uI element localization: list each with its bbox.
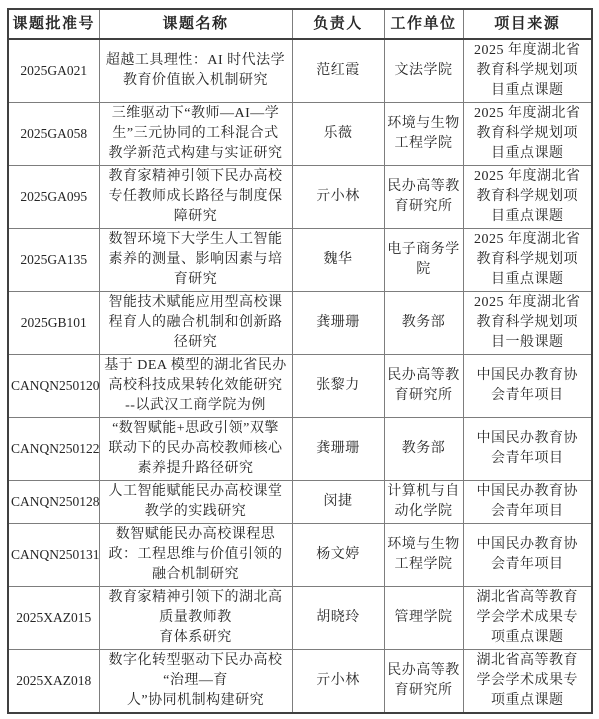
cell-leader: 张黎力	[292, 355, 384, 418]
cell-code: 2025XAZ018	[8, 650, 99, 714]
cell-code: 2025XAZ015	[8, 587, 99, 650]
cell-source: 湖北省高等教育 学会学术成果专 项重点课题	[463, 650, 592, 714]
projects-table: 课题批准号 课题名称 负责人 工作单位 项目来源 2025GA021超越工具理性…	[7, 8, 593, 714]
cell-source: 2025 年度湖北省 教育科学规划项 目重点课题	[463, 229, 592, 292]
cell-source: 湖北省高等教育 学会学术成果专 项重点课题	[463, 587, 592, 650]
cell-title: 教育家精神引领下的湖北高 质量教师教 育体系研究	[99, 587, 292, 650]
table-row: CANQN250120基于 DEA 模型的湖北省民办 高校科技成果转化效能研究 …	[8, 355, 592, 418]
table-row: 2025GA135数智环境下大学生人工智能 素养的测量、影响因素与培 育研究魏华…	[8, 229, 592, 292]
cell-code: CANQN250122	[8, 418, 99, 481]
cell-leader: 亓小林	[292, 166, 384, 229]
cell-source: 中国民办教育协 会青年项目	[463, 355, 592, 418]
document-page: 课题批准号 课题名称 负责人 工作单位 项目来源 2025GA021超越工具理性…	[0, 0, 599, 719]
cell-code: 2025GA135	[8, 229, 99, 292]
cell-leader: 闵捷	[292, 481, 384, 524]
table-body: 2025GA021超越工具理性：AI 时代法学 教育价值嵌入机制研究范红霞文法学…	[8, 39, 592, 713]
cell-unit: 民办高等教 育研究所	[384, 650, 463, 714]
table-row: 2025XAZ018数字化转型驱动下民办高校 “治理—育 人”协同机制构建研究亓…	[8, 650, 592, 714]
column-header-leader: 负责人	[292, 9, 384, 39]
table-header: 课题批准号 课题名称 负责人 工作单位 项目来源	[8, 9, 592, 39]
cell-leader: 范红霞	[292, 39, 384, 103]
table-row: 2025XAZ015教育家精神引领下的湖北高 质量教师教 育体系研究胡晓玲管理学…	[8, 587, 592, 650]
cell-leader: 乐薇	[292, 103, 384, 166]
cell-unit: 教务部	[384, 292, 463, 355]
cell-code: 2025GA095	[8, 166, 99, 229]
cell-code: 2025GA021	[8, 39, 99, 103]
cell-source: 中国民办教育协 会青年项目	[463, 418, 592, 481]
cell-source: 中国民办教育协 会青年项目	[463, 524, 592, 587]
cell-unit: 民办高等教 育研究所	[384, 355, 463, 418]
cell-code: 2025GB101	[8, 292, 99, 355]
cell-code: 2025GA058	[8, 103, 99, 166]
column-header-project-title: 课题名称	[99, 9, 292, 39]
cell-title: “数智赋能+思政引领”双擎 联动下的民办高校教师核心 素养提升路径研究	[99, 418, 292, 481]
cell-leader: 杨文婷	[292, 524, 384, 587]
table-row: 2025GA021超越工具理性：AI 时代法学 教育价值嵌入机制研究范红霞文法学…	[8, 39, 592, 103]
cell-unit: 民办高等教 育研究所	[384, 166, 463, 229]
cell-source: 中国民办教育协 会青年项目	[463, 481, 592, 524]
column-header-work-unit: 工作单位	[384, 9, 463, 39]
cell-source: 2025 年度湖北省 教育科学规划项 目重点课题	[463, 166, 592, 229]
table-row: CANQN250131数智赋能民办高校课程思 政：工程思维与价值引领的 融合机制…	[8, 524, 592, 587]
cell-source: 2025 年度湖北省 教育科学规划项 目一般课题	[463, 292, 592, 355]
cell-title: 基于 DEA 模型的湖北省民办 高校科技成果转化效能研究 --以武汉工商学院为例	[99, 355, 292, 418]
cell-code: CANQN250128	[8, 481, 99, 524]
cell-title: 人工智能赋能民办高校课堂 教学的实践研究	[99, 481, 292, 524]
cell-source: 2025 年度湖北省 教育科学规划项 目重点课题	[463, 103, 592, 166]
cell-unit: 环境与生物 工程学院	[384, 524, 463, 587]
table-row: 2025GA058三维驱动下“教师—AI—学 生”三元协同的工科混合式 教学新范…	[8, 103, 592, 166]
cell-code: CANQN250131	[8, 524, 99, 587]
cell-unit: 管理学院	[384, 587, 463, 650]
cell-unit: 文法学院	[384, 39, 463, 103]
column-header-approval-number: 课题批准号	[8, 9, 99, 39]
cell-source: 2025 年度湖北省 教育科学规划项 目重点课题	[463, 39, 592, 103]
cell-unit: 计算机与自 动化学院	[384, 481, 463, 524]
table-row: CANQN250128人工智能赋能民办高校课堂 教学的实践研究闵捷计算机与自 动…	[8, 481, 592, 524]
cell-title: 三维驱动下“教师—AI—学 生”三元协同的工科混合式 教学新范式构建与实证研究	[99, 103, 292, 166]
cell-code: CANQN250120	[8, 355, 99, 418]
table-row: CANQN250122“数智赋能+思政引领”双擎 联动下的民办高校教师核心 素养…	[8, 418, 592, 481]
column-header-project-source: 项目来源	[463, 9, 592, 39]
cell-unit: 电子商务学 院	[384, 229, 463, 292]
cell-title: 超越工具理性：AI 时代法学 教育价值嵌入机制研究	[99, 39, 292, 103]
header-row: 课题批准号 课题名称 负责人 工作单位 项目来源	[8, 9, 592, 39]
cell-unit: 教务部	[384, 418, 463, 481]
cell-title: 教育家精神引领下民办高校 专任教师成长路径与制度保 障研究	[99, 166, 292, 229]
cell-leader: 魏华	[292, 229, 384, 292]
table-row: 2025GA095教育家精神引领下民办高校 专任教师成长路径与制度保 障研究亓小…	[8, 166, 592, 229]
table-row: 2025GB101智能技术赋能应用型高校课 程育人的融合机制和创新路 径研究龚珊…	[8, 292, 592, 355]
cell-title: 数智赋能民办高校课程思 政：工程思维与价值引领的 融合机制研究	[99, 524, 292, 587]
cell-leader: 龚珊珊	[292, 292, 384, 355]
cell-title: 数智环境下大学生人工智能 素养的测量、影响因素与培 育研究	[99, 229, 292, 292]
cell-title: 智能技术赋能应用型高校课 程育人的融合机制和创新路 径研究	[99, 292, 292, 355]
cell-leader: 龚珊珊	[292, 418, 384, 481]
cell-unit: 环境与生物 工程学院	[384, 103, 463, 166]
cell-leader: 亓小林	[292, 650, 384, 714]
cell-leader: 胡晓玲	[292, 587, 384, 650]
cell-title: 数字化转型驱动下民办高校 “治理—育 人”协同机制构建研究	[99, 650, 292, 714]
